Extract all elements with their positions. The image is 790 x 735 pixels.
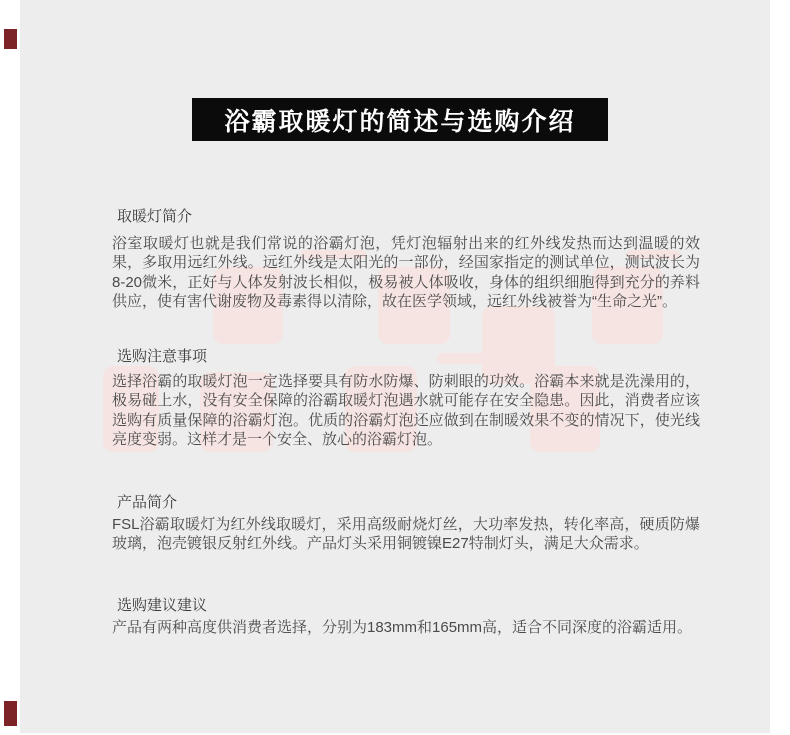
corner-mark [4,29,17,49]
corner-mark [4,701,17,726]
edge-mark-layer [0,0,790,735]
